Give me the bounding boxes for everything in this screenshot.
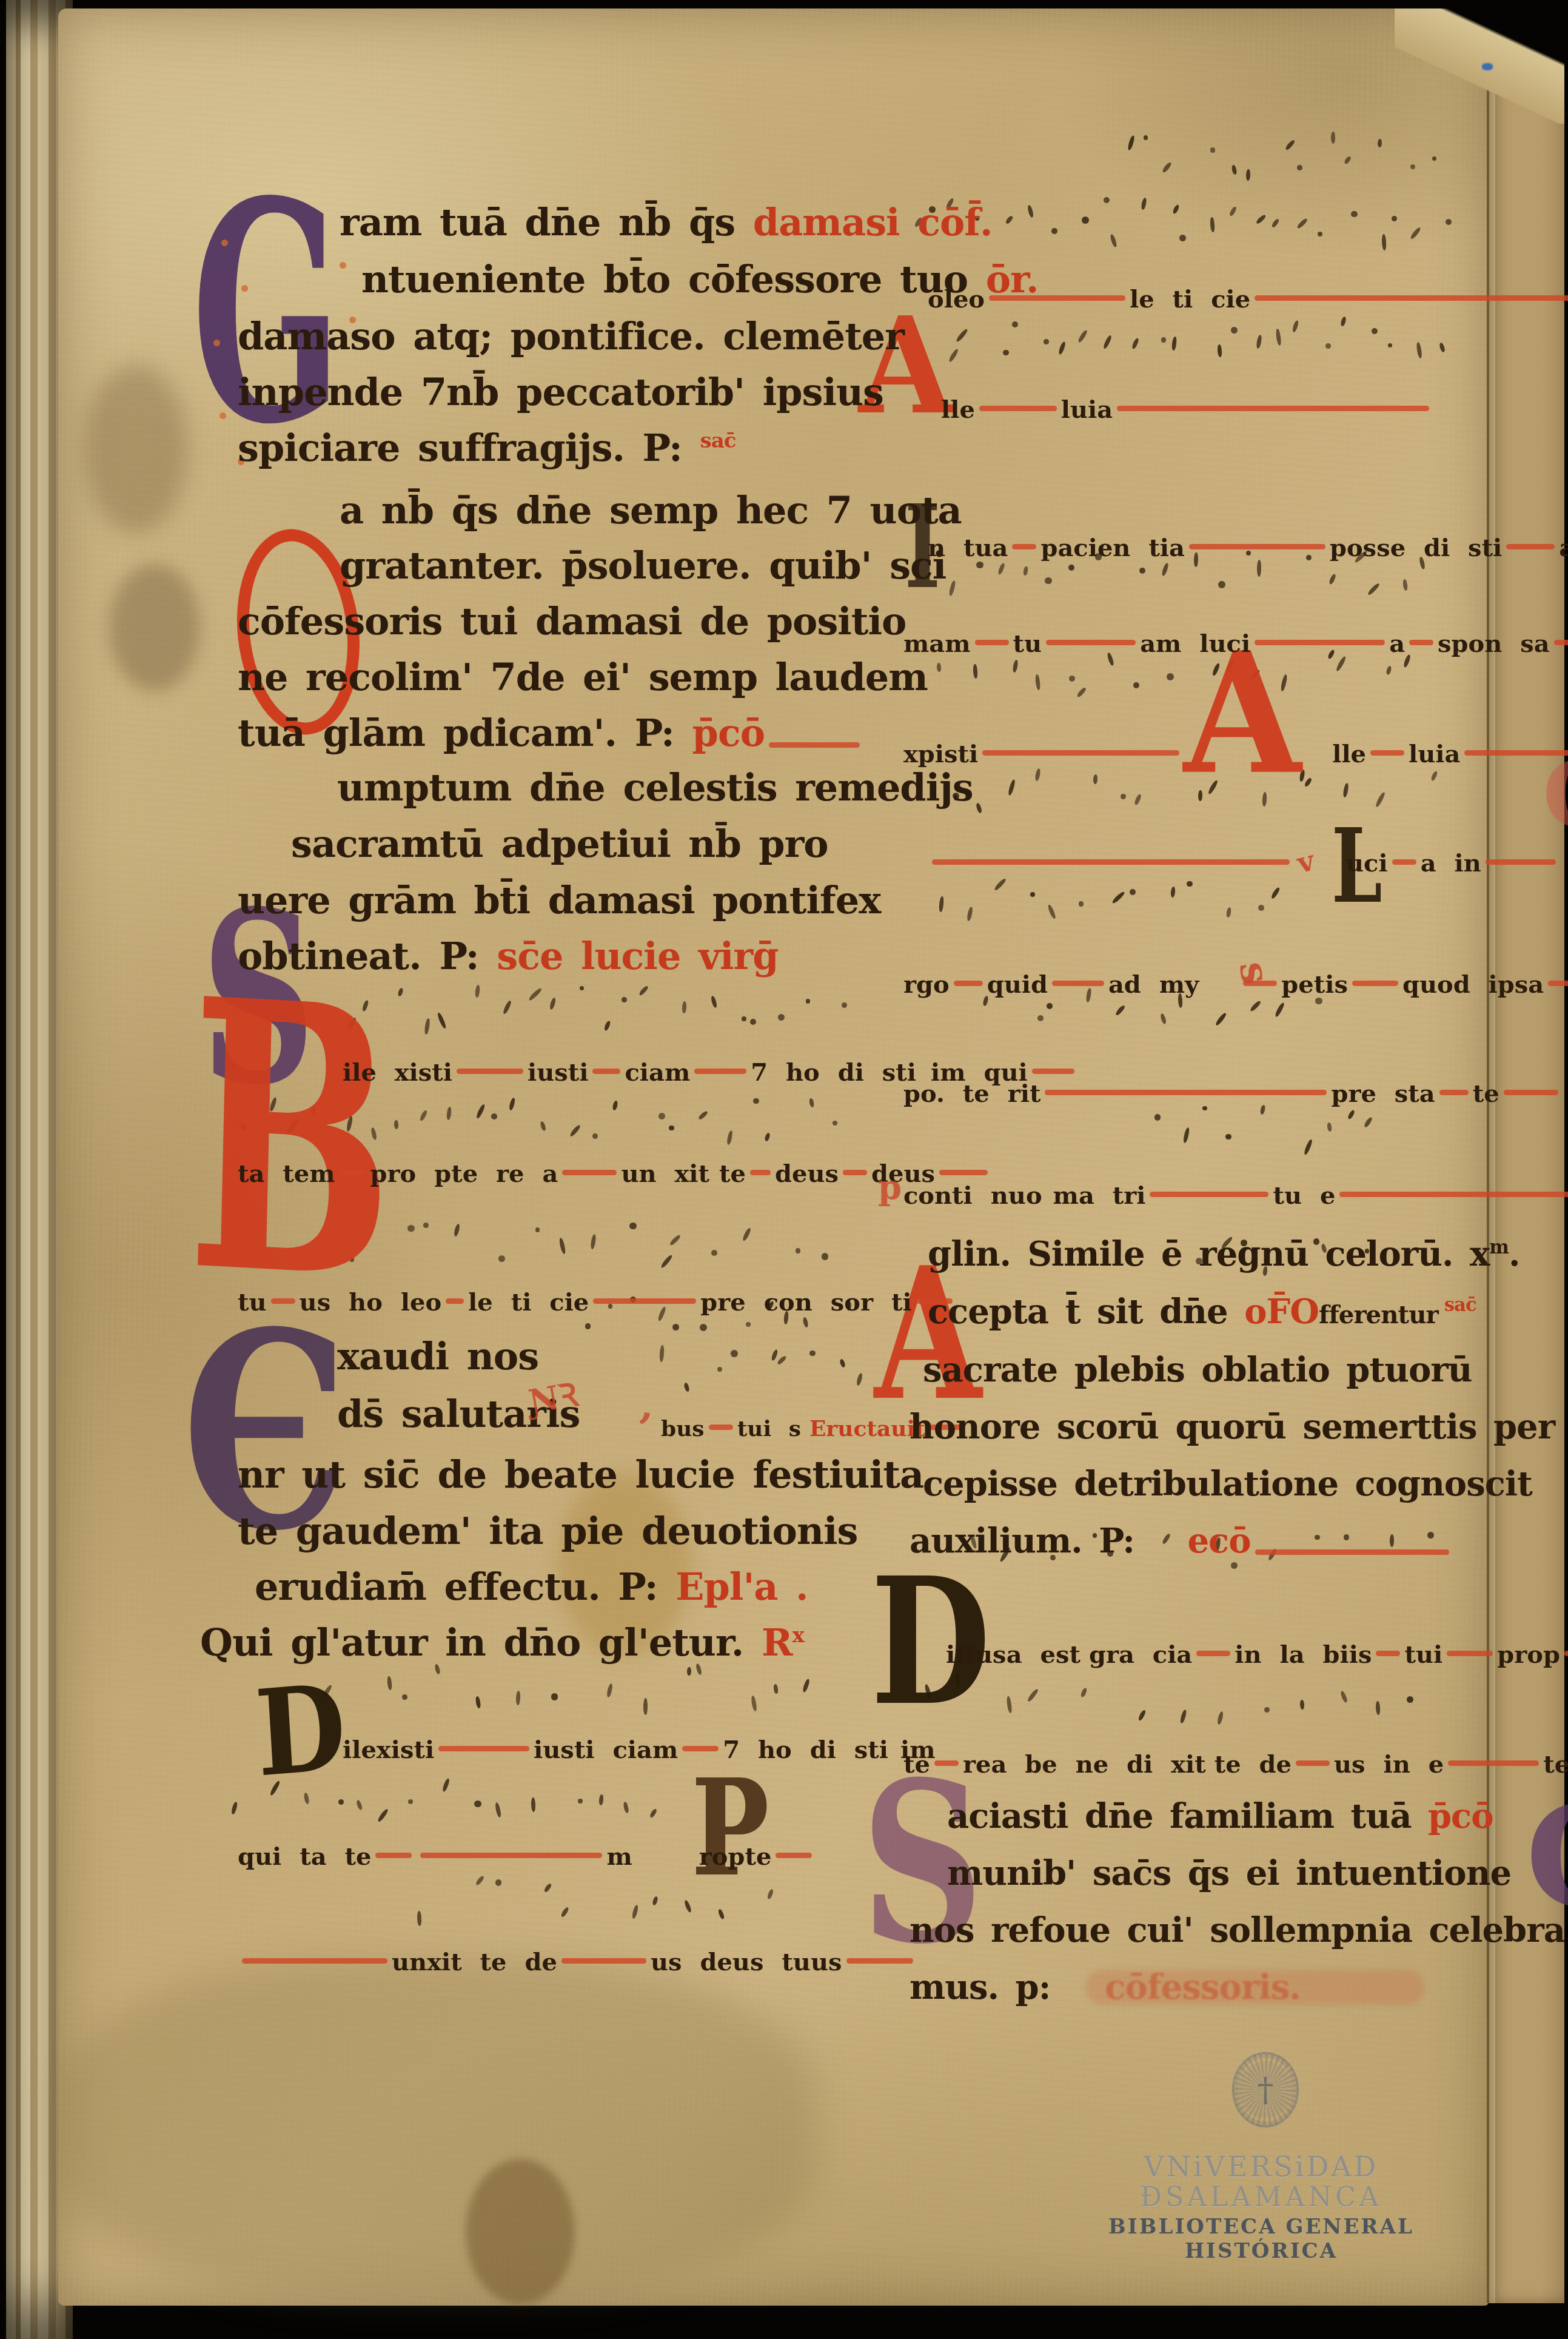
manuscript-text-line: nr ut sic̄ de beate lucie festiuita — [238, 1452, 923, 1497]
manuscript-text-line: umptum dn̄e celestis remedijs — [337, 765, 973, 810]
chant-extender-line — [982, 750, 1179, 756]
neume-mark — [407, 1225, 414, 1232]
neume-mark — [1225, 1134, 1231, 1140]
manuscript-text-line: tuā glām pdicam'. P: p̄cō — [238, 711, 864, 755]
body-text: iffusa est — [946, 1640, 1081, 1669]
rubric-text: p̄cō — [692, 711, 765, 755]
chant-text-line: mamtuam luciaspon sa — [903, 629, 1568, 658]
body-text: ram tuā dn̄e nb̄ q̄s — [340, 200, 753, 244]
body-text: us ho leo — [300, 1288, 442, 1317]
manuscript-text-line: sacrate plebis oblatio ptuorū — [923, 1350, 1472, 1390]
neume-mark — [806, 999, 810, 1003]
edge-red-letter: C — [1543, 750, 1568, 841]
initial-D-dilexisti2: D — [253, 1680, 349, 1782]
chant-extender-line — [1370, 750, 1404, 756]
manuscript-text-line: damaso atq; pontifice. clemēter — [238, 314, 904, 358]
body-text: aciasti dn̄e familiam tuā — [947, 1796, 1428, 1836]
body-text: quid — [987, 970, 1048, 999]
manuscript-text-line: cepisse detribulatione cognoscit — [923, 1464, 1532, 1504]
body-text: ile xisti — [343, 1058, 452, 1087]
body-text: lle — [1332, 740, 1366, 768]
body-text: un xit — [621, 1159, 709, 1188]
chant-text-line: n tuapacien tiaposse di stiani — [928, 534, 1568, 562]
chant-extender-line — [1045, 1090, 1327, 1095]
body-text: tu — [238, 1288, 267, 1317]
chant-extender-line — [1255, 295, 1568, 301]
body-text: petis — [1281, 970, 1348, 999]
rubric-squiggle-nr: ƝꝚ — [526, 1377, 580, 1418]
neume-mark — [796, 1248, 801, 1253]
neume-mark — [731, 1350, 737, 1357]
chant-extender-line — [1439, 1090, 1469, 1095]
chant-extender-line — [375, 1853, 412, 1858]
rubric-text: sac̄ — [700, 429, 735, 453]
neume-mark — [495, 1879, 502, 1886]
body-text: cepisse detribulatione cognoscit — [923, 1464, 1532, 1504]
initial-ornament-dot — [241, 285, 248, 292]
seal-glyph: † — [1258, 2071, 1274, 2109]
neume-mark — [491, 1113, 497, 1119]
neume-mark — [976, 562, 983, 568]
chant-extender-line — [1447, 1651, 1493, 1656]
chant-extender-line — [562, 1170, 617, 1175]
neume-mark — [1161, 337, 1166, 342]
body-text: iusti ciam — [534, 1736, 678, 1764]
neume-mark — [1144, 135, 1148, 140]
neume-mark — [1187, 881, 1193, 887]
rubric-text: Eructauit — [809, 1416, 925, 1441]
chant-extender-line — [1548, 981, 1568, 986]
chant-extender-line — [975, 640, 1009, 645]
body-text: ciam — [625, 1058, 690, 1087]
chant-text-line: conti nuoma tritu e — [903, 1181, 1568, 1210]
body-text: erudiam̄ effectu. P: — [255, 1565, 675, 1609]
chant-text-line: ucia in — [928, 849, 1560, 878]
chant-extender-line — [1150, 1192, 1268, 1197]
body-text: pre sta — [1331, 1079, 1435, 1108]
body-text: gra cia — [1089, 1640, 1192, 1669]
body-text: Qui gl'atur in dn̄o gl'etur. — [200, 1620, 762, 1665]
chant-extender-line — [1255, 640, 1385, 645]
neume-mark — [1093, 774, 1097, 784]
rubric-text: sc̄e lucie virḡ — [497, 934, 778, 978]
body-text: spiciare suffragijs. P: — [238, 426, 700, 470]
manuscript-text-line: ne recolim' 7de ei' semp laudem — [238, 655, 928, 699]
stamp-line-universidad: VNiVERSiDAD — [1104, 2150, 1419, 2183]
manuscript-text-line: cōfessoris tui damasi de positio — [238, 599, 906, 643]
neume-mark — [535, 1227, 540, 1232]
body-text: mam — [903, 629, 971, 658]
neume-mark — [742, 1016, 746, 1021]
neume-mark — [1318, 232, 1322, 237]
body-text: rea be ne di xit — [963, 1750, 1206, 1779]
neume-mark — [1003, 350, 1009, 356]
body-text: po. te rit — [903, 1079, 1040, 1108]
page-corner-fold — [1395, 8, 1564, 124]
chant-extender-line — [457, 1069, 523, 1074]
neume-mark — [1069, 676, 1075, 682]
chant-text-line: lleluia — [941, 395, 1433, 424]
chant-text-line: ilexistiiusti ciam7 ho di stiim — [343, 1736, 936, 1764]
manuscript-text-line: te gaudem' ita pie deuotionis — [238, 1509, 857, 1553]
chant-extender-line — [769, 742, 860, 748]
chant-extender-line — [1296, 1760, 1330, 1766]
neume-mark — [1257, 560, 1261, 577]
body-text: us in e — [1334, 1750, 1444, 1779]
chant-extender-line — [1196, 1651, 1230, 1656]
chant-text-line: po. te ritpre state — [903, 1079, 1563, 1108]
edge-purple-letter: C — [1526, 1788, 1568, 1927]
body-text: glin. Simile ē regnū celorū. x — [928, 1234, 1489, 1274]
body-text: nos refoue cui' sollempnia celebra. — [910, 1910, 1568, 1950]
body-text: oleo — [928, 285, 985, 314]
neume-mark — [1325, 343, 1330, 348]
chant-extender-line — [776, 1853, 812, 1858]
body-text: obtineat. P: — [238, 934, 497, 978]
chant-extender-line — [1504, 1090, 1558, 1095]
body-text: m — [606, 1842, 632, 1871]
manuscript-text-line: munib' sac̄s q̄s ei intuentione — [947, 1853, 1511, 1893]
chant-extender-line — [242, 1958, 387, 1964]
body-text: pacien tia — [1040, 534, 1184, 562]
rubric-text: x — [792, 1623, 804, 1648]
neume-mark — [580, 986, 584, 990]
manuscript-text-line: auxilium. P: ecō — [910, 1521, 1453, 1561]
body-text: luia — [1061, 395, 1113, 424]
body-text: lle — [941, 395, 975, 424]
body-text: qui ta te — [238, 1842, 371, 1871]
chant-extender-line — [420, 1853, 602, 1858]
manuscript-text-line: xaudi nos — [337, 1334, 538, 1378]
chant-text-line: xpistilleluia — [903, 740, 1568, 768]
rubric-text: oF̄ — [1244, 1292, 1290, 1332]
neume-mark — [669, 1126, 674, 1131]
body-text: te gaudem' ita pie deuotionis — [238, 1509, 857, 1553]
body-text: 7 ho di sti — [723, 1736, 888, 1764]
chant-extender-line — [843, 1170, 867, 1175]
chant-extender-line — [709, 1425, 733, 1430]
body-text: ta tem — [238, 1159, 335, 1188]
body-text: inpende 7nb̄ peccatorib' ipsius — [238, 370, 883, 414]
body-text: ani — [1559, 534, 1568, 562]
body-text: posse di sti — [1330, 534, 1502, 562]
neume-mark — [585, 1323, 591, 1329]
body-text: ad my — [1108, 970, 1199, 999]
chant-extender-line — [1554, 640, 1568, 645]
chant-text-line: oleole ti cie — [928, 285, 1568, 314]
rubric-text: p̄cō — [1428, 1796, 1493, 1836]
initial-ornament-dot — [219, 412, 226, 419]
neume-mark — [1082, 216, 1089, 224]
manuscript-text-line: obtineat. P: sc̄e lucie virḡ — [238, 934, 779, 978]
rubric-text: ecō — [1187, 1521, 1250, 1561]
chant-extender-line — [1486, 859, 1556, 865]
body-text: spon sa — [1438, 629, 1550, 658]
neume-mark — [1392, 216, 1397, 221]
body-text: 7 ho di sti — [751, 1058, 916, 1087]
chant-extender-line — [1376, 1651, 1400, 1656]
neume-mark — [1044, 339, 1049, 344]
initial-ornament-dot — [340, 262, 346, 269]
chant-extender-line — [271, 1298, 295, 1304]
body-text: tui — [1404, 1640, 1442, 1669]
body-text: a nb̄ q̄s dn̄e semp hec 7 uota — [340, 488, 962, 532]
body-text: iusti — [528, 1058, 588, 1087]
body-text: sacramtū adpetiui nb̄ pro — [291, 822, 828, 866]
body-text: honore scorū quorū semerttis per – — [910, 1407, 1568, 1447]
initial-ornament-dot — [213, 340, 220, 346]
body-text: xpisti — [903, 740, 978, 768]
chant-extender-line — [1352, 981, 1398, 986]
neume-mark — [1179, 235, 1186, 241]
body-text: conti nuo — [903, 1181, 1042, 1210]
university-seal-icon: † — [1232, 2052, 1299, 2127]
rubric-text: R — [762, 1620, 792, 1665]
chant-extender-line — [1255, 1549, 1449, 1555]
body-text: pro pte re a — [370, 1159, 558, 1188]
body-text: bus — [661, 1416, 705, 1441]
body-text: munib' sac̄s q̄s ei intuentione — [947, 1853, 1511, 1893]
neume-mark — [1045, 577, 1051, 584]
manuscript-text-line: ram tuā dn̄e nb̄ q̄s damasi cōf̄. — [340, 200, 993, 244]
chant-extender-line — [934, 1760, 959, 1766]
stamp-line-biblioteca: BIBLIOTECA GENERAL HISTÓRICA — [1104, 2215, 1419, 2263]
body-text: tui s — [737, 1416, 801, 1441]
body-text: le ti cie — [468, 1288, 589, 1317]
initial-ornament-dot — [221, 240, 228, 246]
manuscript-text-line: spiciare suffragijs. P: sac̄ — [238, 426, 735, 470]
manuscript-text-line: inpende 7nb̄ peccatorib' ipsius — [238, 370, 883, 414]
neume-mark — [402, 1694, 407, 1700]
rubric-text: damasi cōf̄. — [753, 200, 993, 244]
chant-extender-line — [438, 1746, 529, 1751]
chant-extender-line — [694, 1069, 746, 1074]
body-text: ne recolim' 7de ei' semp laudem — [238, 655, 928, 699]
neume-mark — [1047, 1003, 1053, 1009]
stamp-line-salamanca: ÐSALAMANCA — [1104, 2182, 1419, 2213]
body-text: unxit te de — [392, 1948, 557, 1976]
chant-text-line: tuus ho leole ti ciepre con sor ti — [238, 1288, 957, 1317]
body-text: te — [719, 1159, 746, 1188]
neume-mark — [1231, 1562, 1238, 1569]
body-text: te de — [1215, 1750, 1292, 1779]
margin-p-mark: p — [878, 1170, 902, 1204]
body-text: ma tri — [1053, 1181, 1146, 1210]
neume-mark — [672, 1324, 679, 1331]
body-text: sacrate plebis oblatio ptuorū — [923, 1350, 1472, 1390]
chant-extender-line — [1564, 1651, 1568, 1656]
neume-mark — [809, 1351, 816, 1357]
body-text: auxilium. P: — [910, 1521, 1151, 1561]
body-text: tu — [1013, 629, 1042, 658]
neume-mark — [750, 1019, 756, 1025]
rubric-text: O — [1290, 1292, 1319, 1332]
body-text: quod ipsa — [1402, 970, 1544, 999]
body-text: cōfessoris tui damasi de positio — [238, 599, 906, 643]
chant-extender-line — [1046, 640, 1136, 645]
neume-mark — [598, 1794, 603, 1805]
library-watermark: † VNiVERSiDAD ÐSALAMANCA BIBLIOTECA GENE… — [1104, 2044, 1419, 2244]
rubric-text: sac̄ — [1444, 1294, 1476, 1316]
neume-mark — [643, 1698, 648, 1715]
chant-extender-line — [561, 1958, 646, 1964]
initial-B-dilexisti: B — [186, 988, 397, 1295]
body-text: . — [1509, 1234, 1520, 1274]
chant-text-line: unxit te deus deus tuus — [238, 1948, 917, 1976]
body-text: rgo — [903, 970, 950, 999]
manuscript-photo: GSBЄDAIALADSP ram tuā dn̄e nb̄ q̄s damas… — [0, 0, 1568, 2339]
neume-mark — [842, 1002, 847, 1008]
body-text: tu e — [1273, 1181, 1335, 1210]
chant-extender-line — [989, 295, 1125, 301]
body-text: n tua — [928, 534, 1008, 562]
manuscript-text-line: erudiam̄ effectu. P: Epl'a . — [255, 1565, 808, 1609]
manuscript-text-line: aciasti dn̄e familiam tuā p̄cō — [947, 1796, 1493, 1836]
body-text: tuā glām pdicam'. P: — [238, 711, 692, 755]
neume-mark — [1068, 565, 1074, 571]
neume-mark — [474, 1800, 481, 1808]
body-text: deus — [775, 1159, 839, 1188]
body-text: le ti cie — [1130, 285, 1250, 314]
body-text: te — [1473, 1079, 1499, 1108]
neume-mark — [423, 1223, 429, 1228]
body-text: prop — [1497, 1640, 1560, 1669]
manuscript-text-line: sacramtū adpetiui nb̄ pro — [291, 822, 828, 866]
body-text: a — [1389, 629, 1405, 658]
chant-text-line: iffusa estgra ciain la biistuiprop — [946, 1640, 1568, 1669]
body-text: umptum dn̄e celestis remedijs — [337, 765, 973, 810]
neume-mark — [1297, 165, 1302, 170]
chant-text-line: qui ta temropte — [238, 1842, 816, 1871]
body-text: damaso atq; pontifice. clemēter — [238, 314, 904, 358]
neume-mark — [822, 1253, 828, 1260]
body-text: ropte — [699, 1842, 772, 1871]
manuscript-text-line: uere grām bt̄i damasi pontifex — [238, 878, 880, 922]
neume-mark — [1104, 197, 1110, 203]
chant-extender-line — [979, 406, 1057, 411]
chant-text-line: terea be ne di xitte deus in eternum — [903, 1750, 1568, 1779]
manuscript-text-line: gratanter. p̄soluere. quib' sci — [340, 543, 946, 588]
body-text: a in — [1421, 849, 1481, 878]
neume-mark — [1133, 682, 1139, 688]
body-text: uere grām bt̄i damasi pontifex — [238, 878, 880, 922]
chant-extender-line — [1117, 406, 1429, 411]
body-text: xaudi nos — [337, 1334, 538, 1378]
body-text: ccepta t̄ sit dn̄e — [928, 1292, 1244, 1332]
body-text: ilexisti — [343, 1736, 434, 1764]
chant-extender-line — [1032, 1069, 1074, 1074]
manuscript-text-line: honore scorū quorū semerttis per – — [910, 1407, 1568, 1447]
neume-mark — [1231, 327, 1238, 334]
body-text: m — [1489, 1237, 1509, 1258]
chant-extender-line — [1189, 544, 1325, 549]
neume-mark — [1446, 219, 1452, 225]
neume-mark — [1210, 147, 1216, 153]
manuscript-text-line: nos refoue cui' sollempnia celebra. — [910, 1910, 1568, 1950]
neume-mark — [1351, 211, 1357, 217]
body-text: pre con sor ti — [700, 1288, 911, 1317]
neume-mark — [551, 1693, 558, 1700]
chant-extender-line — [1052, 981, 1104, 986]
manuscript-text-line: Qui gl'atur in dn̄o gl'etur. Rx — [200, 1620, 804, 1665]
chant-extender-line — [1409, 640, 1433, 645]
chant-extender-line — [954, 981, 983, 986]
body-text: te — [903, 1750, 930, 1779]
chant-extender-line — [846, 1958, 913, 1964]
chant-extender-line — [1392, 859, 1416, 865]
neume-mark — [1167, 673, 1174, 680]
chant-extender-line — [340, 1170, 366, 1175]
chant-extender-line — [1339, 1192, 1568, 1197]
body-text: am luci — [1140, 629, 1250, 658]
neume-mark — [622, 997, 627, 1002]
chant-extender-line — [682, 1746, 719, 1751]
manuscript-text-line: glin. Simile ē regnū celorū. xm. — [928, 1234, 1519, 1274]
body-text: fferentur — [1319, 1300, 1438, 1329]
manuscript-text-line: ccepta t̄ sit dn̄e oF̄Offerentursac̄ — [928, 1292, 1476, 1332]
chant-extender-line — [446, 1298, 464, 1304]
chant-extender-line — [939, 1170, 988, 1175]
body-text: gratanter. p̄soluere. quib' sci — [340, 543, 946, 588]
body-text: in la biis — [1235, 1640, 1372, 1669]
chant-extender-line — [1448, 1760, 1539, 1766]
manuscript-text-line: a nb̄ q̄s dn̄e semp hec 7 uota — [340, 488, 962, 532]
body-text: uci — [1346, 849, 1388, 878]
body-text: luia — [1409, 740, 1460, 768]
rubric-text: Epl'a . — [675, 1565, 808, 1609]
body-text: ntueniente bt̄o cōfessore tuo — [361, 257, 986, 301]
chant-extender-line — [593, 1298, 696, 1304]
neume-mark — [1258, 905, 1264, 911]
chant-extender-line — [592, 1069, 620, 1074]
body-text: mus. p: — [910, 1967, 1050, 2007]
body-text: ternum — [1543, 1750, 1568, 1779]
initial-E-exaudi: Є — [182, 1323, 349, 1539]
neume-mark — [833, 1121, 837, 1126]
chant-extender-line — [1012, 544, 1036, 549]
chant-extender-line — [1506, 544, 1555, 549]
neume-mark — [1154, 1114, 1161, 1120]
faded-rubric-smear — [1085, 1970, 1425, 2005]
chant-extender-line — [750, 1170, 771, 1175]
next-folio-fore-edge — [1487, 56, 1564, 2303]
neume-mark — [778, 1014, 785, 1021]
body-text: us deus tuus — [651, 1948, 842, 1976]
chant-extender-line — [932, 859, 1290, 865]
body-text: nr ut sic̄ de beate lucie festiuita — [238, 1452, 923, 1497]
neume-mark — [1218, 581, 1225, 588]
